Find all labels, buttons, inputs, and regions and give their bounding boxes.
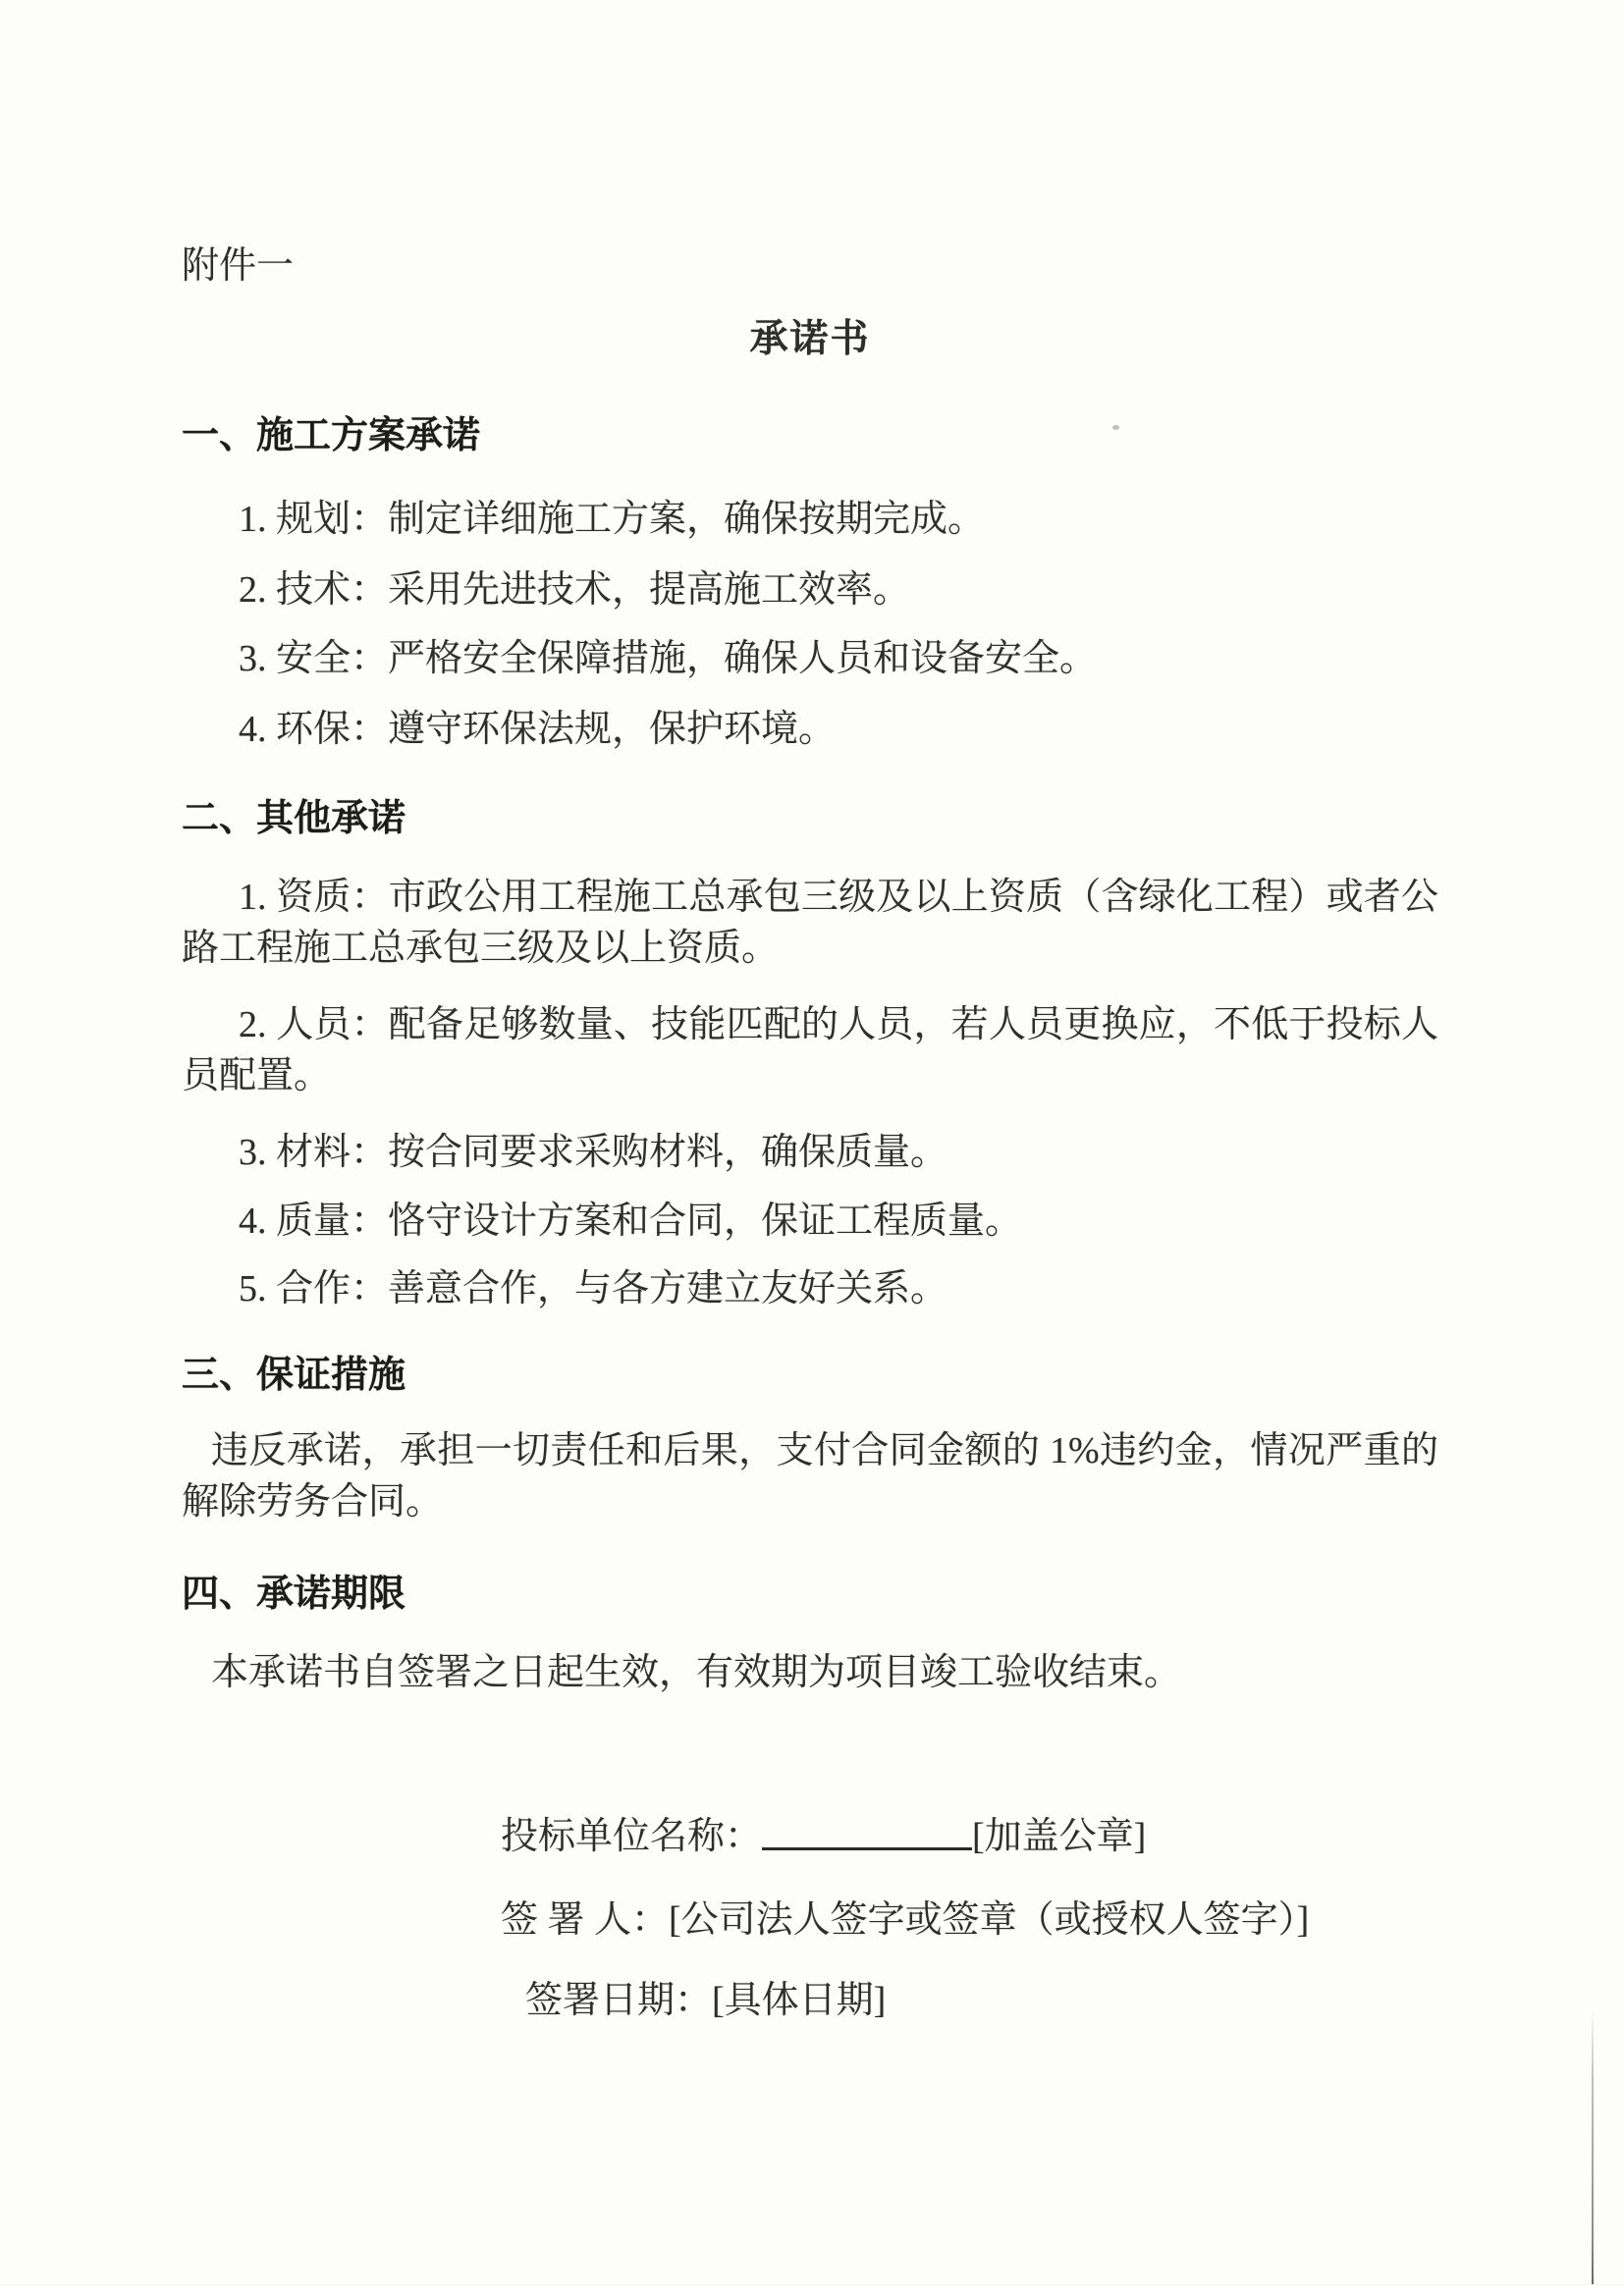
document-title: 承诺书 [182,314,1438,365]
signature-unit-suffix: [加盖公章] [972,1816,1146,1857]
scan-streak-artifact [1592,2008,1594,2289]
scanned-document-page: 附件一 承诺书 一、施工方案承诺 1. 规划：制定详细施工方案，确保按期完成。 … [0,0,1624,2296]
scan-speck-artifact [1112,425,1119,430]
signature-unit-line: 投标单位名称：[加盖公章] [501,1811,1438,1862]
signature-blank-underline [762,1814,972,1850]
section-2-heading: 二、其他承诺 [182,793,1438,844]
section-2-item-2: 2. 人员：配备足够数量、技能匹配的人员，若人员更换应，不低于投标人员配置。 [182,999,1438,1101]
scan-bottom-edge [0,2284,1624,2296]
section-1-item-1: 1. 规划：制定详细施工方案，确保按期完成。 [182,494,1438,545]
signature-unit-label: 投标单位名称： [501,1816,762,1857]
signature-signer-line: 签 署 人：[公司法人签字或签章（或授权人签字）] [501,1895,1438,1946]
section-2-item-3: 3. 材料：按合同要求采购材料，确保质量。 [182,1127,1438,1178]
section-3-paragraph: 违反承诺，承担一切责任和后果，支付合同金额的 1%违约金，情况严重的解除劳务合同… [182,1425,1438,1527]
section-3-heading: 三、保证措施 [182,1350,1438,1401]
section-1-item-4: 4. 环保：遵守环保法规，保护环境。 [182,704,1438,755]
section-1-item-3: 3. 安全：严格安全保障措施，确保人员和设备安全。 [182,633,1438,684]
section-4-heading: 四、承诺期限 [182,1569,1438,1620]
section-2-item-1: 1. 资质：市政公用工程施工总承包三级及以上资质（含绿化工程）或者公路工程施工总… [182,872,1438,974]
signature-date-line: 签署日期：[具体日期] [525,1975,1438,2026]
attachment-label: 附件一 [182,240,1438,292]
section-2-item-5: 5. 合作：善意合作，与各方建立友好关系。 [182,1263,1438,1314]
document-content: 附件一 承诺书 一、施工方案承诺 1. 规划：制定详细施工方案，确保按期完成。 … [182,0,1438,2026]
section-2-item-4: 4. 质量：恪守设计方案和合同，保证工程质量。 [182,1196,1438,1247]
section-1-heading: 一、施工方案承诺 [182,410,1438,461]
section-4-paragraph: 本承诺书自签署之日起生效，有效期为项目竣工验收结束。 [182,1647,1438,1698]
section-1-item-2: 2. 技术：采用先进技术，提高施工效率。 [182,564,1438,615]
